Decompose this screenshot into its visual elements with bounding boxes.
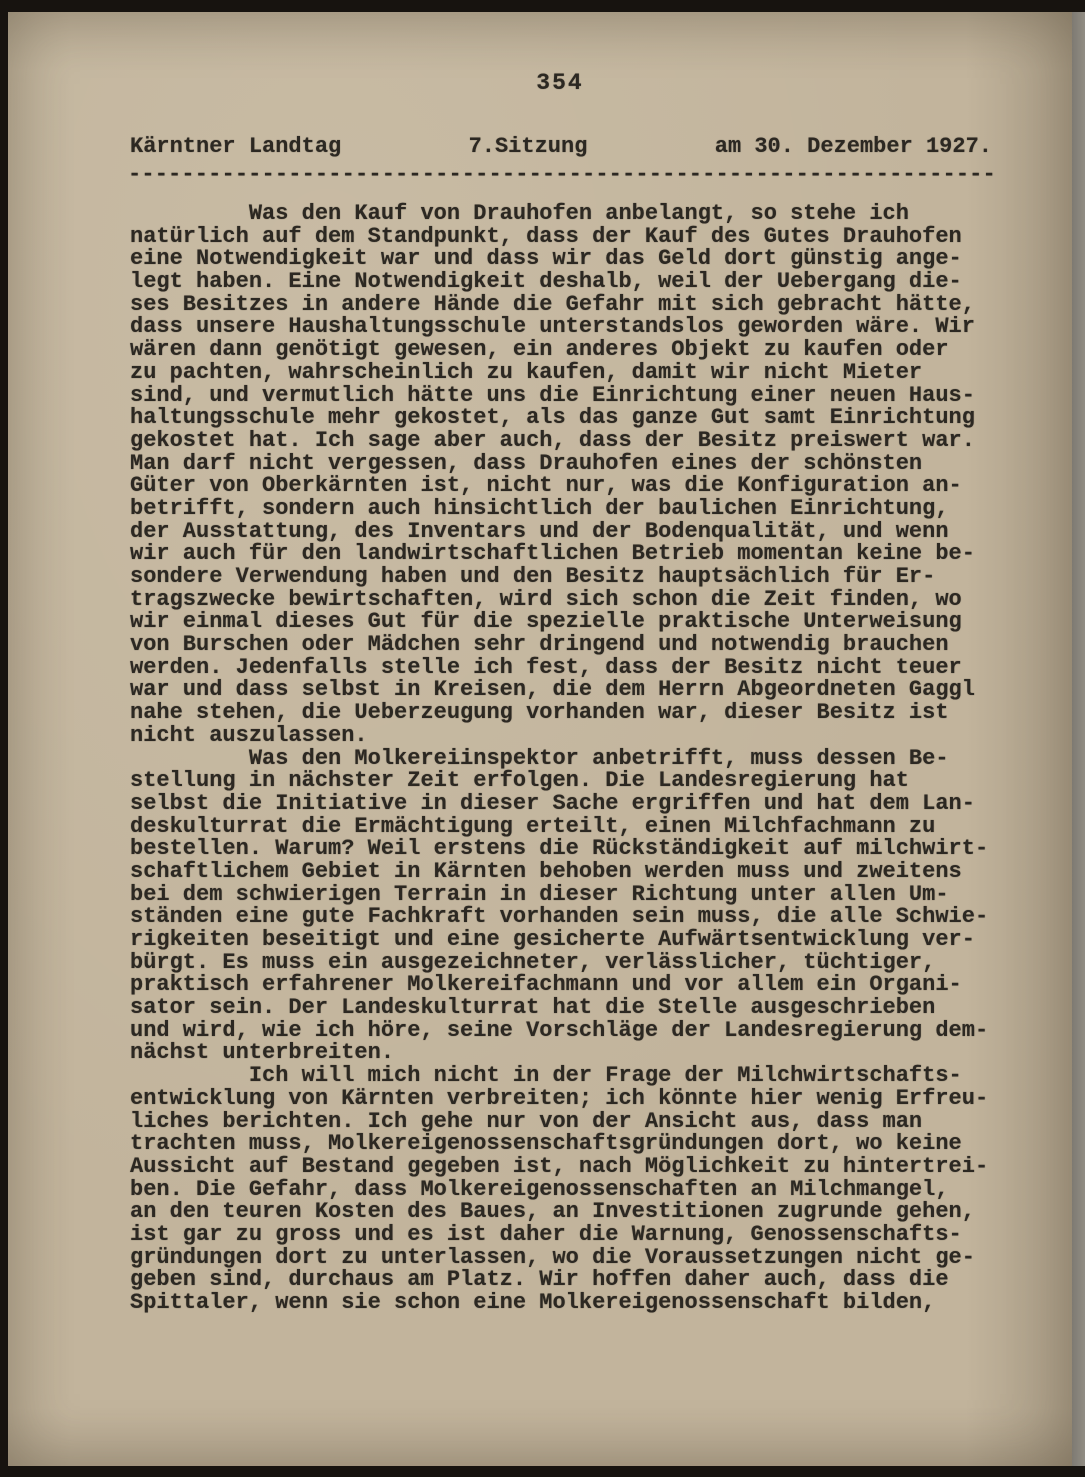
text-line: an den teuren Kosten des Baues, an Inves… <box>130 1201 1020 1224</box>
text-line: ben. Die Gefahr, dass Molkereigenossensc… <box>130 1179 1020 1202</box>
text-line: Aussicht auf Bestand gegeben ist, nach M… <box>130 1156 1020 1179</box>
paragraph: Was den Kauf von Drauhofen anbelangt, so… <box>130 203 1020 748</box>
text-line: und wird, wie ich höre, seine Vorschläge… <box>130 1020 1020 1043</box>
text-line: Güter von Oberkärnten ist, nicht nur, wa… <box>130 475 1020 498</box>
paragraph: Ich will mich nicht in der Frage der Mil… <box>130 1065 1020 1315</box>
page-edge-strip <box>1072 12 1085 1466</box>
page-number: 354 <box>130 70 990 96</box>
text-line: haltungsschule mehr gekostet, als das ga… <box>130 407 1020 430</box>
text-line: der Ausstattung, des Inventars und der B… <box>130 521 1020 544</box>
text-line: Ich will mich nicht in der Frage der Mil… <box>130 1065 1020 1088</box>
paragraph: Was den Molkereiinspektor anbetrifft, mu… <box>130 748 1020 1066</box>
text-line: natürlich auf dem Standpunkt, dass der K… <box>130 226 1020 249</box>
text-line: bei dem schwierigen Terrain in dieser Ri… <box>130 884 1020 907</box>
document-body: Was den Kauf von Drauhofen anbelangt, so… <box>130 203 1020 1315</box>
text-line: tragszwecke bewirtschaften, wird sich sc… <box>130 589 1020 612</box>
text-line: betrifft, sondern auch hinsichtlich der … <box>130 498 1020 521</box>
text-line: eine Notwendigkeit war und dass wir das … <box>130 248 1020 271</box>
text-line: rigkeiten beseitigt und eine gesicherte … <box>130 929 1020 952</box>
page-header: Kärntner Landtag 7.Sitzung am 30. Dezemb… <box>130 134 992 159</box>
text-line: Was den Molkereiinspektor anbetrifft, mu… <box>130 748 1020 771</box>
text-line: schaftlichem Gebiet in Kärnten behoben w… <box>130 861 1020 884</box>
text-line: geben sind, durchaus am Platz. Wir hoffe… <box>130 1269 1020 1292</box>
text-line: sondere Verwendung haben und den Besitz … <box>130 566 1020 589</box>
text-line: praktisch erfahrener Molkereifachmann un… <box>130 974 1020 997</box>
text-line: bestellen. Warum? Weil erstens die Rücks… <box>130 838 1020 861</box>
text-line: bürgt. Es muss ein ausgezeichneter, verl… <box>130 952 1020 975</box>
text-line: selbst die Initiative in dieser Sache er… <box>130 793 1020 816</box>
document-page: 354 Kärntner Landtag 7.Sitzung am 30. De… <box>8 12 1072 1466</box>
text-line: Spittaler, wenn sie schon eine Molkereig… <box>130 1292 1020 1315</box>
header-date-label: am 30. Dezember 1927. <box>715 134 992 159</box>
text-line: ist gar zu gross und es ist daher die Wa… <box>130 1224 1020 1247</box>
text-line: wir auch für den landwirtschaftlichen Be… <box>130 543 1020 566</box>
text-line: gründungen dort zu unterlassen, wo die V… <box>130 1247 1020 1270</box>
text-line: liches berichten. Ich gehe nur von der A… <box>130 1111 1020 1134</box>
text-line: gekostet hat. Ich sage aber auch, dass d… <box>130 430 1020 453</box>
text-line: ständen eine gute Fachkraft vorhanden se… <box>130 906 1020 929</box>
text-line: Was den Kauf von Drauhofen anbelangt, so… <box>130 203 1020 226</box>
text-line: deskulturrat die Ermächtigung erteilt, e… <box>130 816 1020 839</box>
text-line: nicht auszulassen. <box>130 725 1020 748</box>
text-line: nahe stehen, die Ueberzeugung vorhanden … <box>130 702 1020 725</box>
text-line: war und dass selbst in Kreisen, die dem … <box>130 679 1020 702</box>
header-body-name: Kärntner Landtag <box>130 134 341 159</box>
text-line: dass unsere Haushaltungsschule unterstan… <box>130 316 1020 339</box>
scan-frame: 354 Kärntner Landtag 7.Sitzung am 30. De… <box>0 0 1085 1477</box>
header-session-label: 7.Sitzung <box>469 134 588 159</box>
text-line: zu pachten, wahrscheinlich zu kaufen, da… <box>130 362 1020 385</box>
text-line: wir einmal dieses Gut für die spezielle … <box>130 611 1020 634</box>
text-line: nächst unterbreiten. <box>130 1042 1020 1065</box>
text-line: sator sein. Der Landeskulturrat hat die … <box>130 997 1020 1020</box>
text-line: trachten muss, Molkereigenossenschaftsgr… <box>130 1133 1020 1156</box>
header-divider-rule: ----------------------------------------… <box>128 162 996 187</box>
text-line: wären dann genötigt gewesen, ein anderes… <box>130 339 1020 362</box>
text-line: entwicklung von Kärnten verbreiten; ich … <box>130 1088 1020 1111</box>
text-line: stellung in nächster Zeit erfolgen. Die … <box>130 770 1020 793</box>
text-line: werden. Jedenfalls stelle ich fest, dass… <box>130 657 1020 680</box>
text-line: sind, und vermutlich hätte uns die Einri… <box>130 385 1020 408</box>
text-line: ses Besitzes in andere Hände die Gefahr … <box>130 294 1020 317</box>
text-line: legt haben. Eine Notwendigkeit deshalb, … <box>130 271 1020 294</box>
text-line: Man darf nicht vergessen, dass Drauhofen… <box>130 453 1020 476</box>
text-line: von Burschen oder Mädchen sehr dringend … <box>130 634 1020 657</box>
